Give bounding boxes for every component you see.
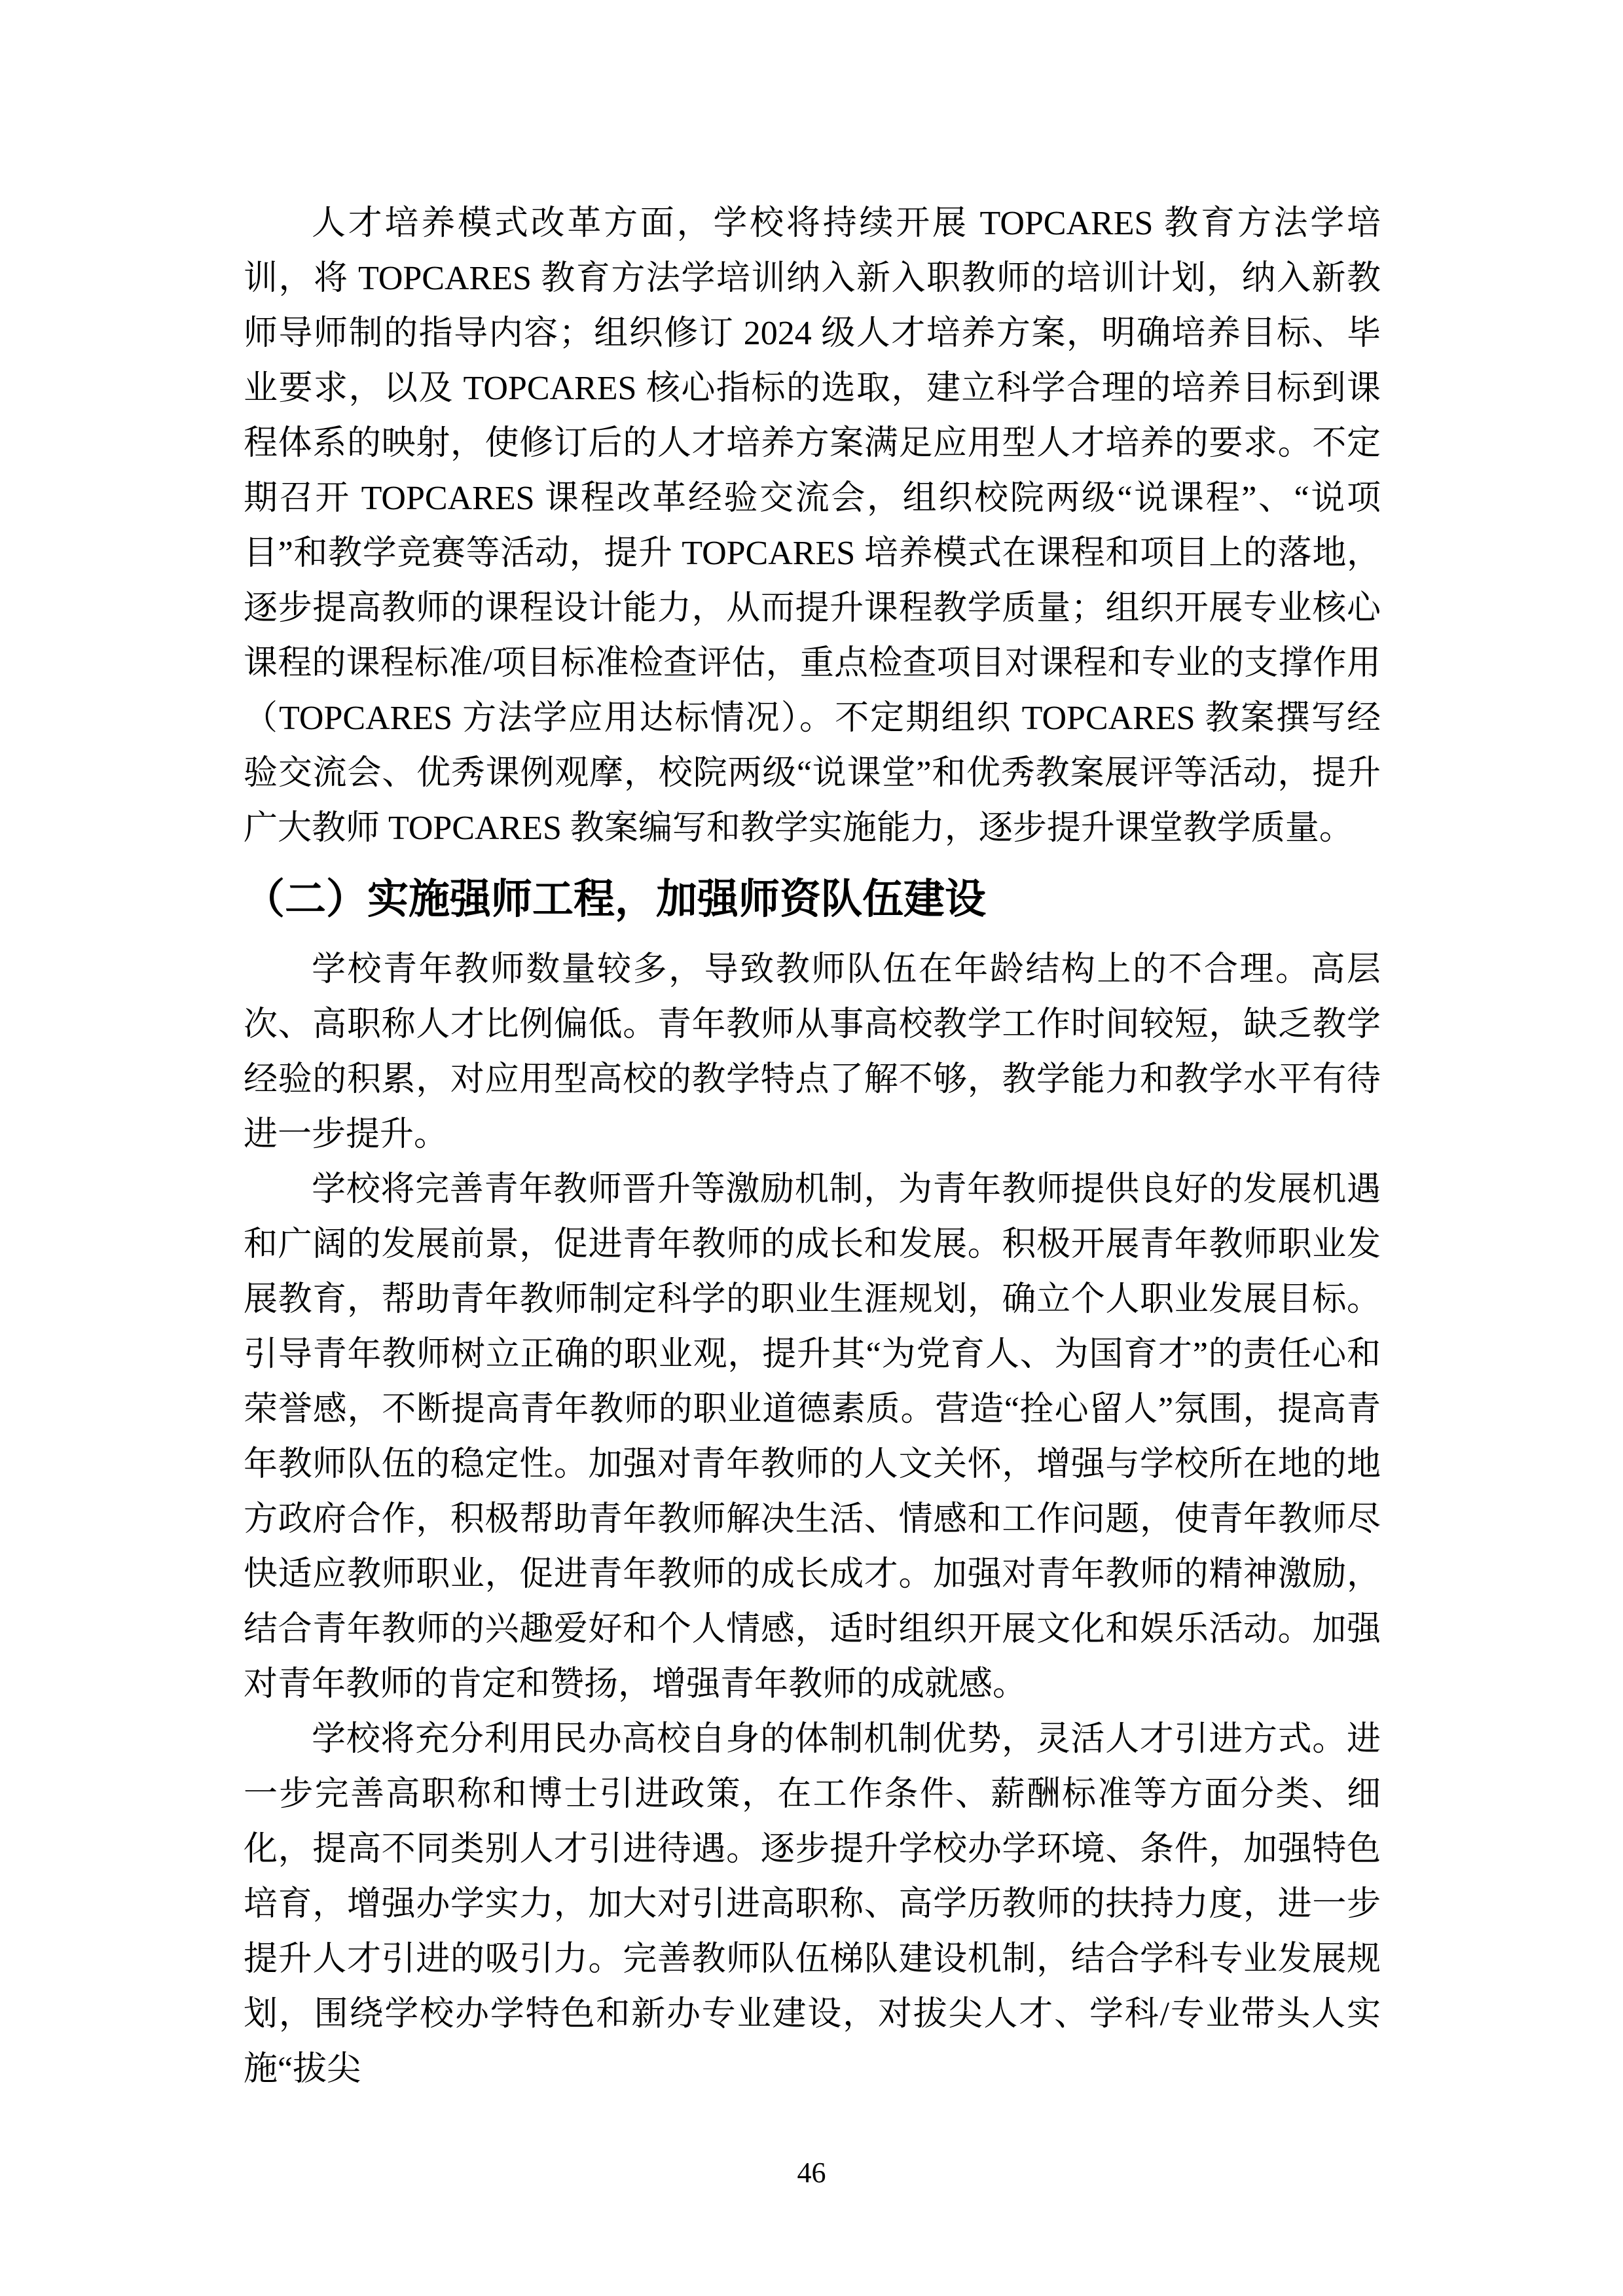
paragraph-talent-recruitment: 学校将充分利用民办高校自身的体制机制优势，灵活人才引进方式。进一步完善高职称和博…: [244, 1712, 1381, 2097]
document-page: 人才培养模式改革方面，学校将持续开展 TOPCARES 教育方法学培训，将 TO…: [0, 0, 1623, 2296]
paragraph-topcares-training-reform: 人才培养模式改革方面，学校将持续开展 TOPCARES 教育方法学培训，将 TO…: [244, 196, 1381, 856]
page-content: 人才培养模式改革方面，学校将持续开展 TOPCARES 教育方法学培训，将 TO…: [244, 196, 1381, 2097]
section-heading-strong-teacher-project: （二）实施强师工程，加强师资队伍建设: [244, 865, 1381, 933]
paragraph-young-teacher-development: 学校将完善青年教师晋升等激励机制，为青年教师提供良好的发展机遇和广阔的发展前景，…: [244, 1162, 1381, 1712]
page-number: 46: [0, 2153, 1623, 2193]
paragraph-young-teacher-structure-issue: 学校青年教师数量较多，导致教师队伍在年龄结构上的不合理。高层次、高职称人才比例偏…: [244, 942, 1381, 1162]
